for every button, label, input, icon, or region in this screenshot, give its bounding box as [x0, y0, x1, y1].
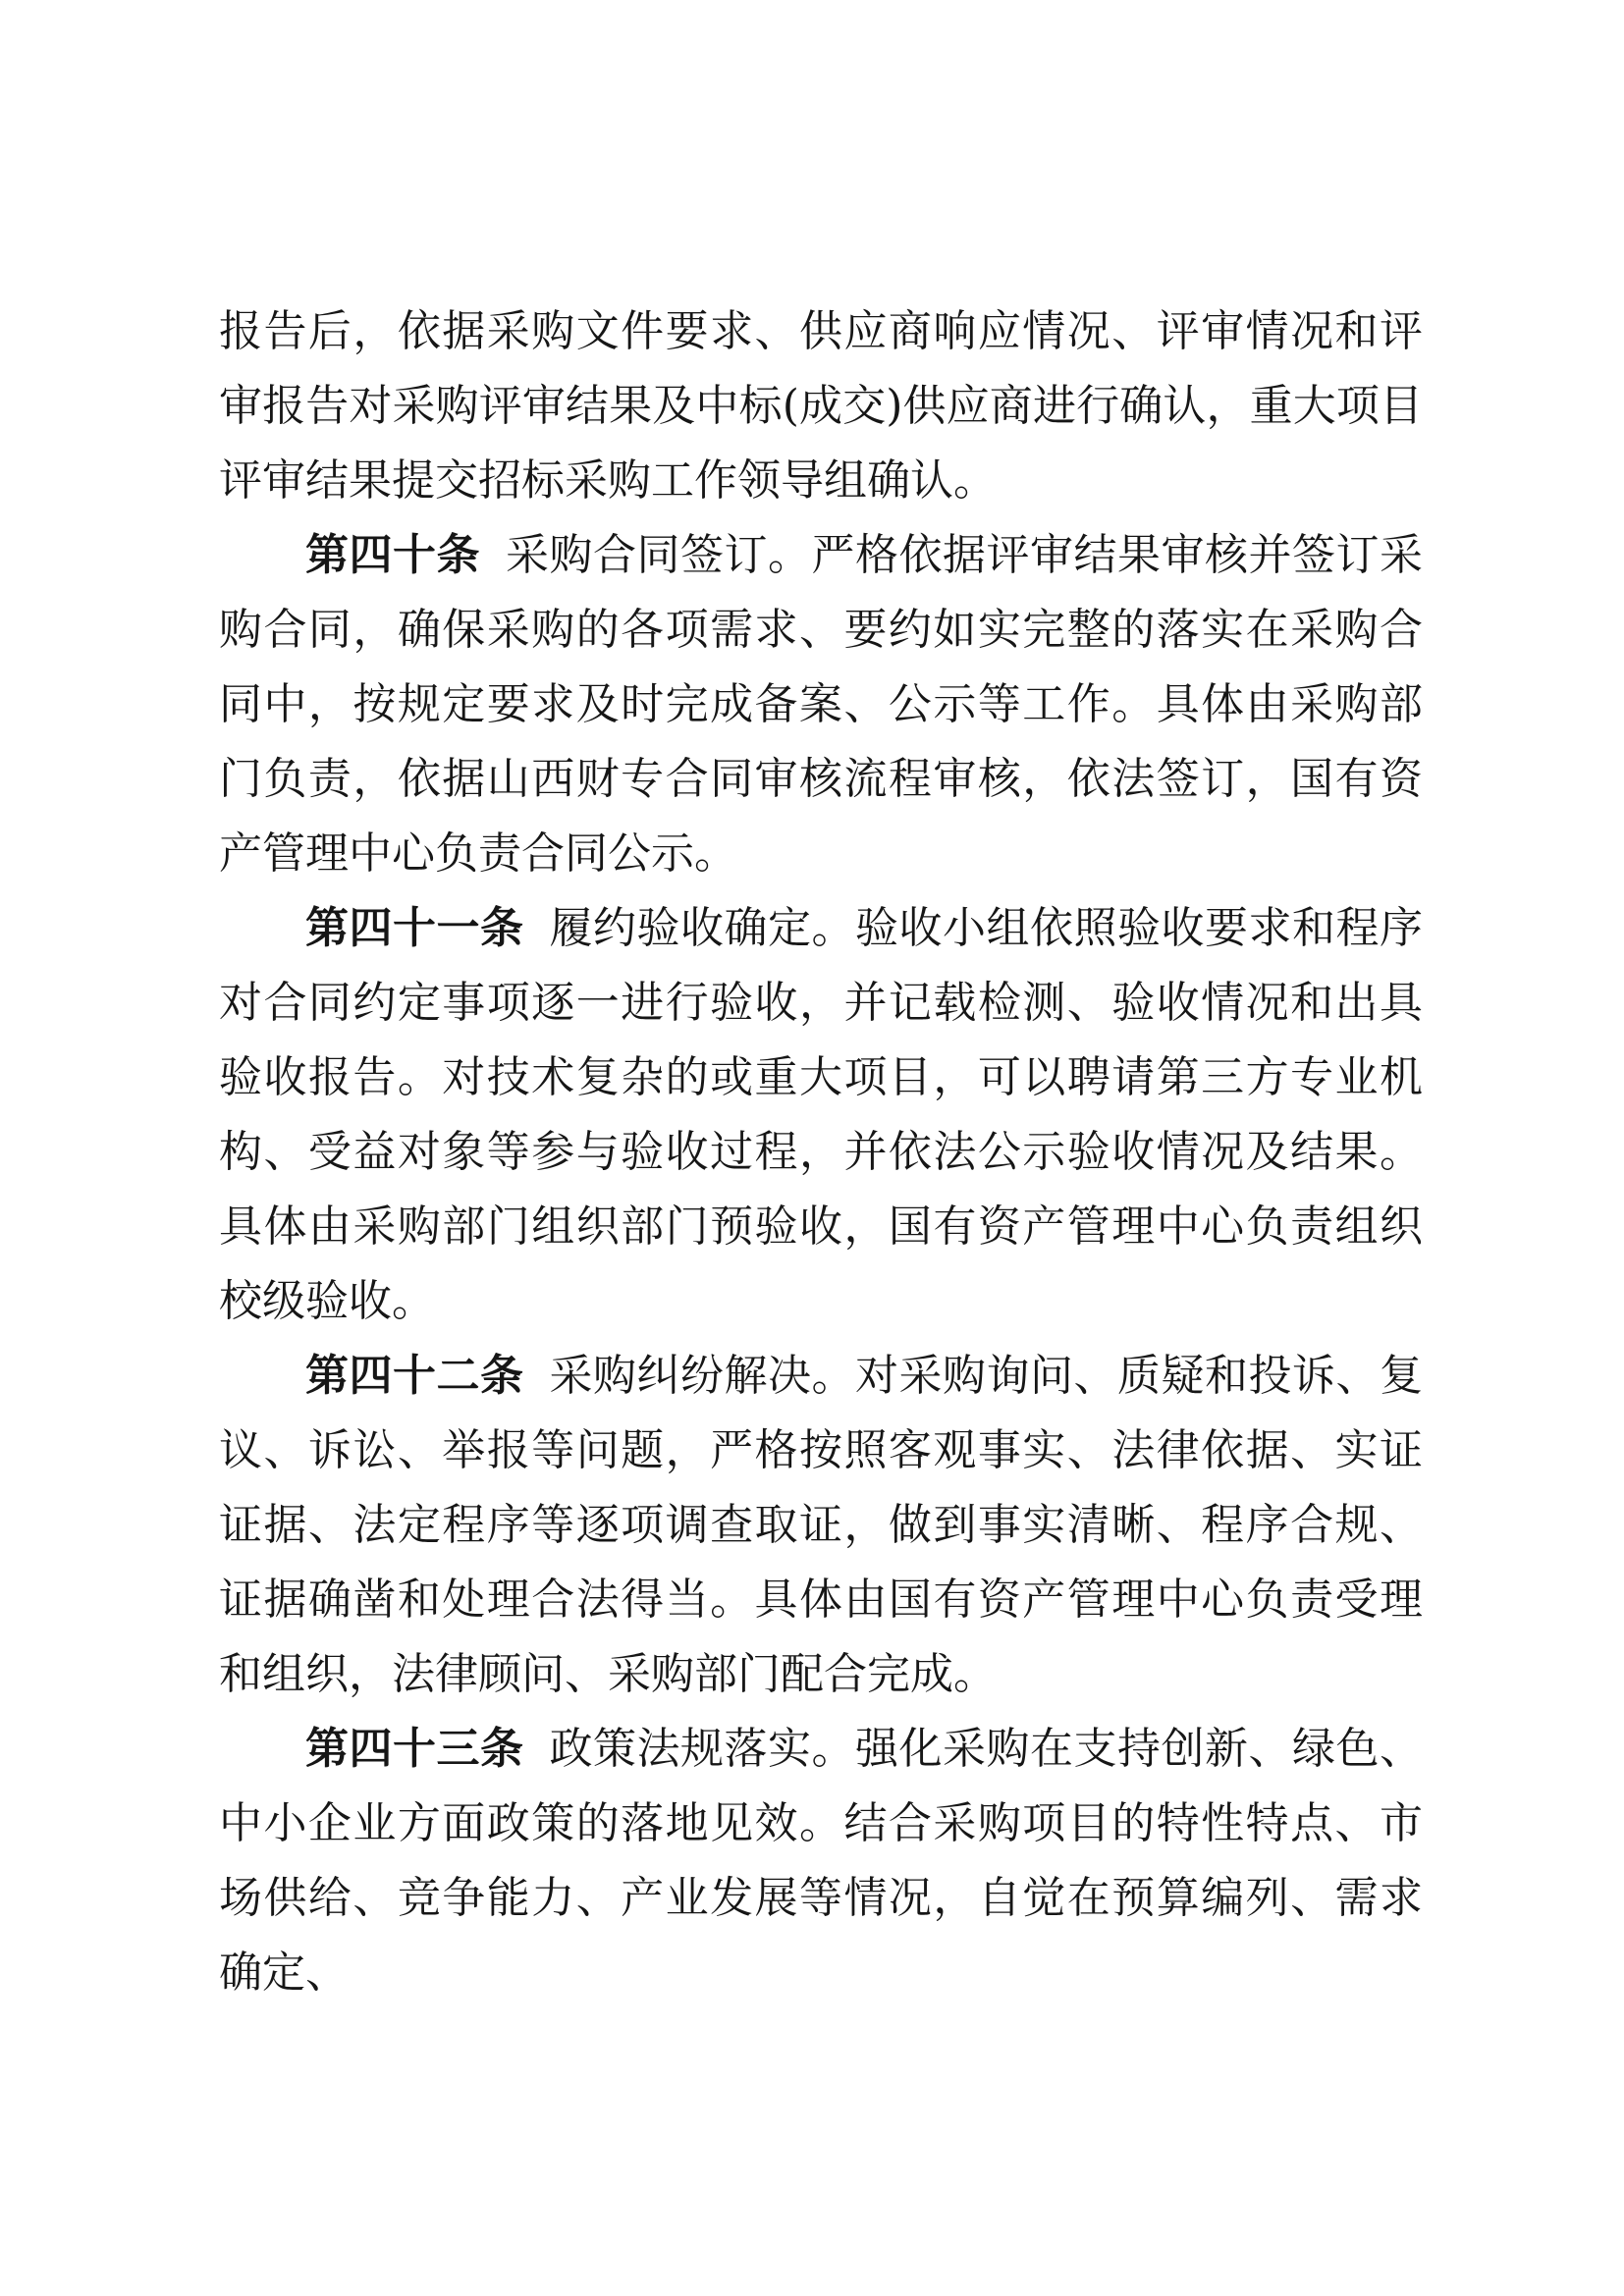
article-number-heading: 第四十条 — [305, 530, 480, 580]
paragraph-text: 报告后，依据采购文件要求、供应商响应情况、评审情况和评审报告对采购评审结果及中标… — [219, 306, 1423, 506]
text-block: 报告后，依据采购文件要求、供应商响应情况、评审情况和评审报告对采购评审结果及中标… — [219, 294, 1423, 2010]
document-page: 报告后，依据采购文件要求、供应商响应情况、评审情况和评审报告对采购评审结果及中标… — [0, 0, 1624, 2296]
article-number-heading: 第四十三条 — [305, 1724, 524, 1774]
paragraph-text: 采购纠纷解决。对采购询问、质疑和投诉、复议、诉讼、举报等问题，严格按照客观事实、… — [219, 1351, 1423, 1699]
paragraph: 第四十一条履约验收确定。验收小组依照验收要求和程序对合同约定事项逐一进行验收，并… — [219, 891, 1423, 1339]
paragraph-text: 履约验收确定。验收小组依照验收要求和程序对合同约定事项逐一进行验收，并记载检测、… — [219, 903, 1423, 1326]
paragraph: 报告后，依据采购文件要求、供应商响应情况、评审情况和评审报告对采购评审结果及中标… — [219, 294, 1423, 518]
paragraph: 第四十三条政策法规落实。强化采购在支持创新、绿色、中小企业方面政策的落地见效。结… — [219, 1712, 1423, 2010]
article-number-heading: 第四十二条 — [305, 1351, 524, 1401]
paragraph-text: 采购合同签订。严格依据评审结果审核并签订采购合同，确保采购的各项需求、要约如实完… — [219, 530, 1423, 879]
article-number-heading: 第四十一条 — [305, 903, 524, 953]
paragraph: 第四十二条采购纠纷解决。对采购询问、质疑和投诉、复议、诉讼、举报等问题，严格按照… — [219, 1339, 1423, 1712]
paragraph: 第四十条采购合同签订。严格依据评审结果审核并签订采购合同，确保采购的各项需求、要… — [219, 518, 1423, 891]
